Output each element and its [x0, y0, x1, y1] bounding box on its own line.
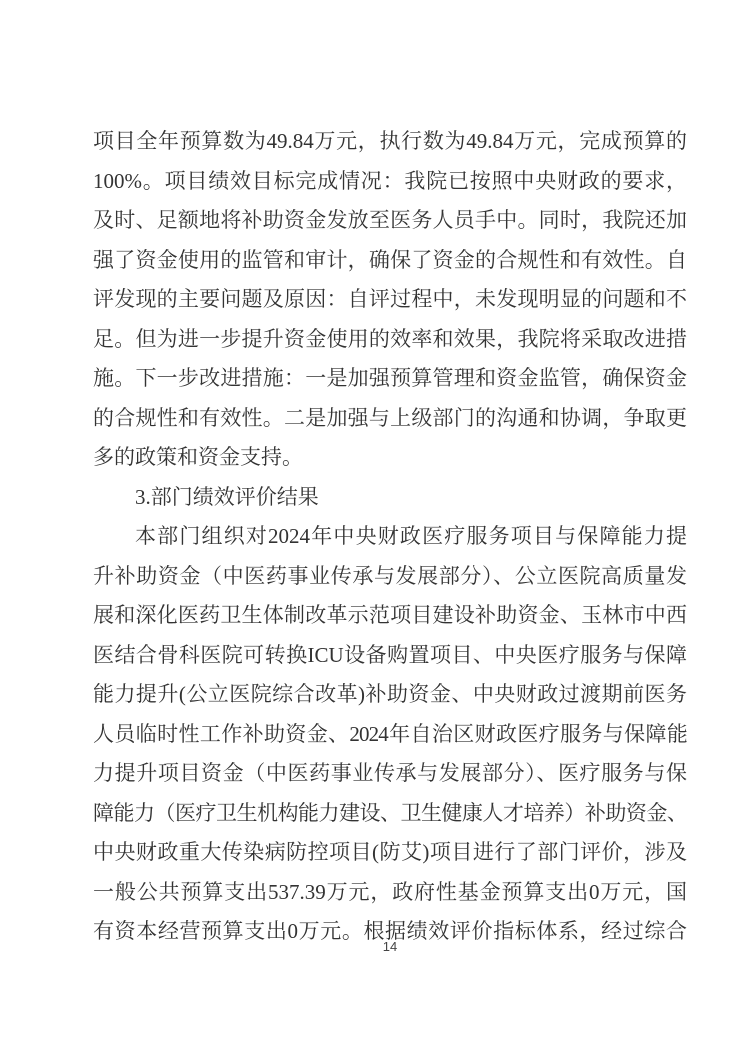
text-line: 能力提升(公立医院综合改革)补助资金、中央财政过渡期前医务 [93, 675, 687, 715]
text-line: 及时、足额地将补助资金发放至医务人员手中。同时，我院还加 [93, 201, 687, 241]
text-line: 评发现的主要问题及原因：自评过程中，未发现明显的问题和不 [93, 280, 687, 320]
text-line: 足。但为进一步提升资金使用的效率和效果，我院将采取改进措 [93, 320, 687, 360]
text-line: 多的政策和资金支持。 [93, 438, 687, 478]
text-line: 的合规性和有效性。二是加强与上级部门的沟通和协调，争取更 [93, 399, 687, 439]
text-line: 医结合骨科医院可转换ICU设备购置项目、中央医疗服务与保障 [93, 636, 687, 676]
text-line: 人员临时性工作补助资金、2024年自治区财政医疗服务与保障能 [93, 715, 687, 755]
text-line: 项目全年预算数为49.84万元，执行数为49.84万元，完成预算的 [93, 122, 687, 162]
text-line: 施。下一步改进措施：一是加强预算管理和资金监管，确保资金 [93, 359, 687, 399]
text-line: 一般公共预算支出537.39万元，政府性基金预算支出0万元，国 [93, 873, 687, 913]
text-line: 展和深化医药卫生体制改革示范项目建设补助资金、玉林市中西 [93, 596, 687, 636]
section-heading-3: 3.部门绩效评价结果 [93, 478, 687, 518]
text-line: 升补助资金（中医药事业传承与发展部分）、公立医院高质量发 [93, 557, 687, 597]
page-number: 14 [93, 939, 687, 954]
text-line: 障能力（医疗卫生机构能力建设、卫生健康人才培养）补助资金、 [93, 794, 687, 834]
text-line: 力提升项目资金（中医药事业传承与发展部分）、医疗服务与保 [93, 754, 687, 794]
document-page: 项目全年预算数为49.84万元，执行数为49.84万元，完成预算的 100%。项… [0, 0, 750, 1060]
text-line: 中央财政重大传染病防控项目(防艾)项目进行了部门评价，涉及 [93, 833, 687, 873]
text-line: 本部门组织对2024年中央财政医疗服务项目与保障能力提 [93, 517, 687, 557]
text-line: 强了资金使用的监管和审计，确保了资金的合规性和有效性。自 [93, 241, 687, 281]
text-line: 100%。项目绩效目标完成情况：我院已按照中央财政的要求， [93, 162, 687, 202]
body-text: 项目全年预算数为49.84万元，执行数为49.84万元，完成预算的 100%。项… [93, 122, 687, 952]
